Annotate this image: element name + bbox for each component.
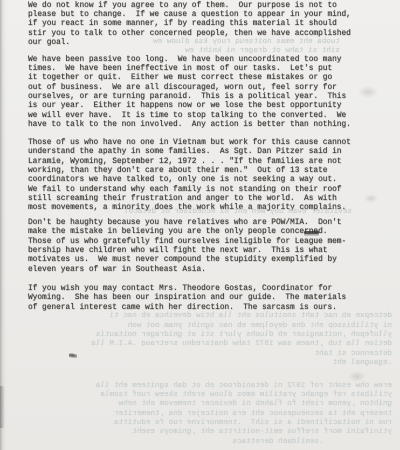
typewritten-line: Those of us who have no one in Vietnam b… [28, 139, 351, 148]
typewritten-line: bership have children who will fight the… [28, 247, 346, 256]
typewritten-line: Wyoming. She has been our inspiration an… [28, 294, 346, 303]
bleedthrough-line: yllufepoh ,noitangiser eb dluohs ylurt s… [80, 331, 392, 340]
paragraph: Don't be haughty because you have relati… [28, 219, 346, 275]
smudge [348, 371, 366, 382]
bleedthrough-text: tuoba eht emas noitseuq ruoy ksa dluow e… [112, 38, 340, 57]
line-segment: d. [318, 228, 327, 236]
bleedthrough-line: detcepxe eb nac taht snoitulos eht lla h… [80, 312, 392, 321]
typewritten-line: working, than they don't care about thei… [28, 167, 351, 176]
pen-mark [69, 353, 77, 358]
bleedthrough-text: erew ohw esoht rof 1972 ni detanidrooc e… [62, 382, 392, 447]
bleedthrough-text: detcepxe eb nac taht snoitulos eht lla h… [80, 312, 392, 368]
bleedthrough-line: ytilibats rof egnahc yratilim emos dluow… [62, 391, 392, 400]
bleedthrough-line: siht si tahw ot drager ni kniht ew [112, 47, 340, 56]
bleedthrough-line: tneserp eht ta secneuqesnoc eht era noit… [62, 410, 392, 419]
typewritten-line: Those of us who gratefully find ourselve… [28, 238, 346, 247]
page-edge-dark-patch [0, 386, 5, 428]
typewritten-line: have to talk to the non involved. Any ac… [28, 121, 351, 130]
typewritten-line: it together or quit. Either we must corr… [28, 74, 351, 83]
typewritten-line: make the mistake in believing you are th… [28, 228, 346, 237]
smudge [358, 86, 378, 98]
typewritten-line: understand the apathy in some families. … [28, 148, 351, 157]
typewritten-line: we will ever have. It is time to stop ta… [28, 112, 351, 121]
bleedthrough-line: ytinifaini morf sreffus emit-noitirtta e… [62, 428, 392, 437]
typewritten-line: if you react in some manner, if by readi… [28, 20, 351, 29]
bleedthrough-text: sevitaler evah uoy wen eht ni ecnediser … [100, 208, 352, 217]
bleedthrough-line: tuoba eht emas noitseuq ruoy ksa dluow e… [112, 38, 340, 47]
bleedthrough-line: sevitaler evah uoy wen eht ni ecnediser … [100, 208, 352, 217]
bleedthrough-line: gnihton ,yenom rieht fo flaheb ni deviec… [62, 400, 392, 409]
typewritten-line: We have been passive too long. We have b… [28, 56, 351, 65]
overstruck-text: rne [304, 228, 318, 236]
bleedthrough-line: .senildaeh derettacs [62, 438, 392, 447]
smudge [364, 194, 378, 203]
bleedthrough-line: ruo ni noitacifitnedi a si sihT .tnemnor… [62, 419, 392, 428]
typewritten-line: still screaming their frustration and an… [28, 195, 351, 204]
typewritten-line: eleven years of war in Southeast Asia. [28, 266, 346, 275]
typewritten-line: out of business. We are all discouraged,… [28, 84, 351, 93]
paragraph: Those of us who have no one in Vietnam b… [28, 139, 351, 214]
line-segment: make the mistake in believing you are th… [28, 228, 304, 236]
typewritten-line: Laramie, Wyoming, September 12, 1972 . .… [28, 158, 351, 167]
page-edge-shadow [0, 0, 8, 450]
typewritten-line: coordinators we have talked to, only one… [28, 176, 351, 185]
typewritten-line: is our year. Either it happens now or we… [28, 102, 351, 111]
typewritten-line: times. We have been ineffective in most … [28, 65, 351, 74]
typewritten-line: please but to change. If we cause a ques… [28, 11, 351, 20]
typewritten-line: We fail to understand why each family is… [28, 186, 351, 195]
typewritten-line: If you wish you may contact Mrs. Theodor… [28, 285, 346, 294]
bleedthrough-line: detcennoc si taht [80, 350, 392, 359]
typewritten-line: motivates us. We must never compound the… [28, 256, 346, 265]
bleedthrough-line: erew ohw esoht rof 1972 ni detanidrooc e… [62, 382, 392, 391]
typewritten-line: ourselves, or are turning paranoid. This… [28, 93, 351, 102]
bleedthrough-line: .egaugnal eht [80, 359, 392, 368]
paragraph: If you wish you may contact Mrs. Theodor… [28, 285, 346, 313]
typewritten-line: We do not know if you agree to any of th… [28, 2, 351, 11]
bleedthrough-line: detion lla tub ,tnaem saw 1972 tahw dnat… [80, 340, 392, 349]
typewritten-line: Don't be haughty because you have relati… [28, 219, 346, 228]
scanned-page: p g y q j p g y p q g j y p g We do not … [0, 0, 400, 450]
bleedthrough-line: ni ytilibissop eht dna deyolpme eb nac s… [80, 322, 392, 331]
paragraph: We have been passive too long. We have b… [28, 56, 351, 131]
